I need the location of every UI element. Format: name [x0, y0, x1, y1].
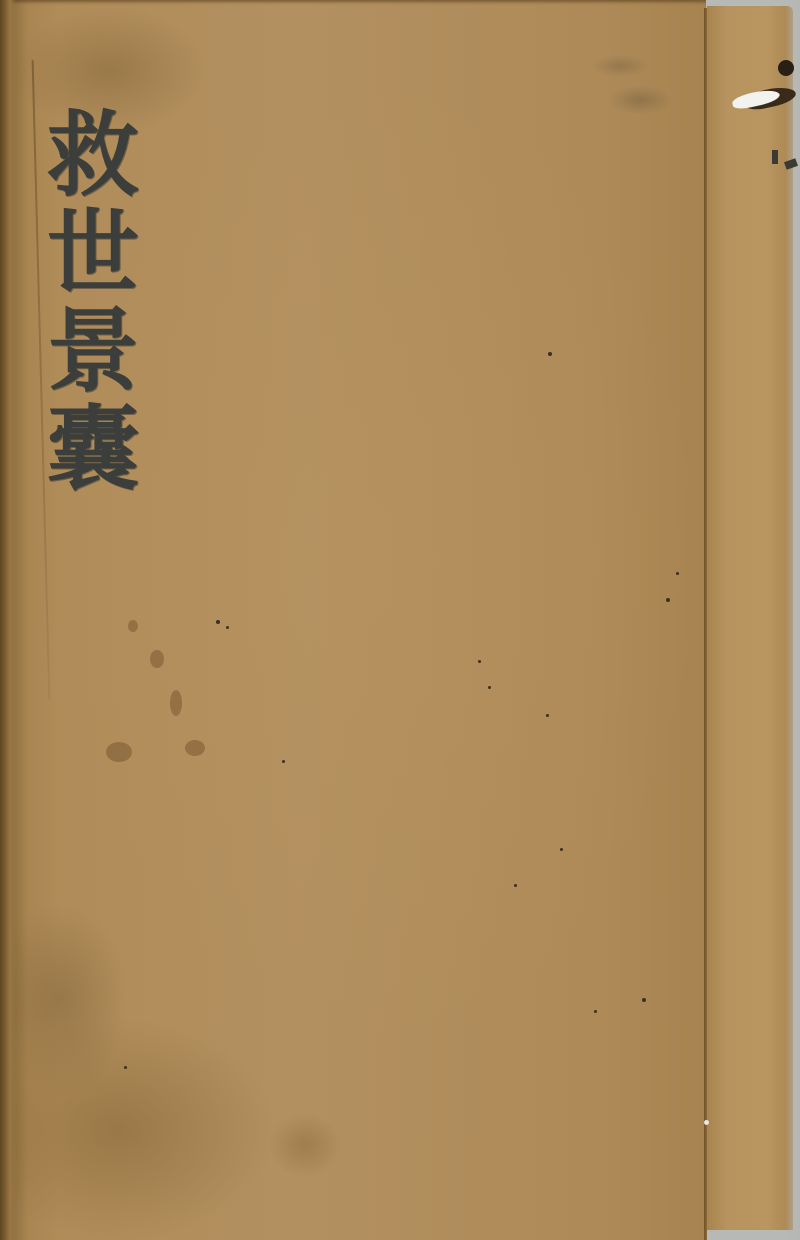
stain [150, 650, 164, 668]
spine-edge-shadow [785, 0, 800, 1240]
binding-stitch [704, 1120, 709, 1125]
cover-title: 救世景囊 [26, 106, 146, 498]
speck [216, 620, 220, 624]
stain [128, 620, 138, 632]
speck [548, 352, 552, 356]
book-scan: 救世景囊 [0, 0, 800, 1240]
speck [478, 660, 481, 663]
speck [594, 1010, 597, 1013]
stain [185, 740, 205, 756]
speck [226, 626, 229, 629]
spine-ink-mark [772, 150, 778, 164]
stain [170, 690, 182, 716]
speck [282, 760, 285, 763]
speck [560, 848, 563, 851]
speck [546, 714, 549, 717]
book-spine [707, 6, 793, 1230]
stain [106, 742, 132, 762]
speck [514, 884, 517, 887]
speck [124, 1066, 127, 1069]
binding-hole [778, 60, 794, 76]
speck [666, 598, 670, 602]
speck [488, 686, 491, 689]
speck [642, 998, 646, 1002]
speck [676, 572, 679, 575]
